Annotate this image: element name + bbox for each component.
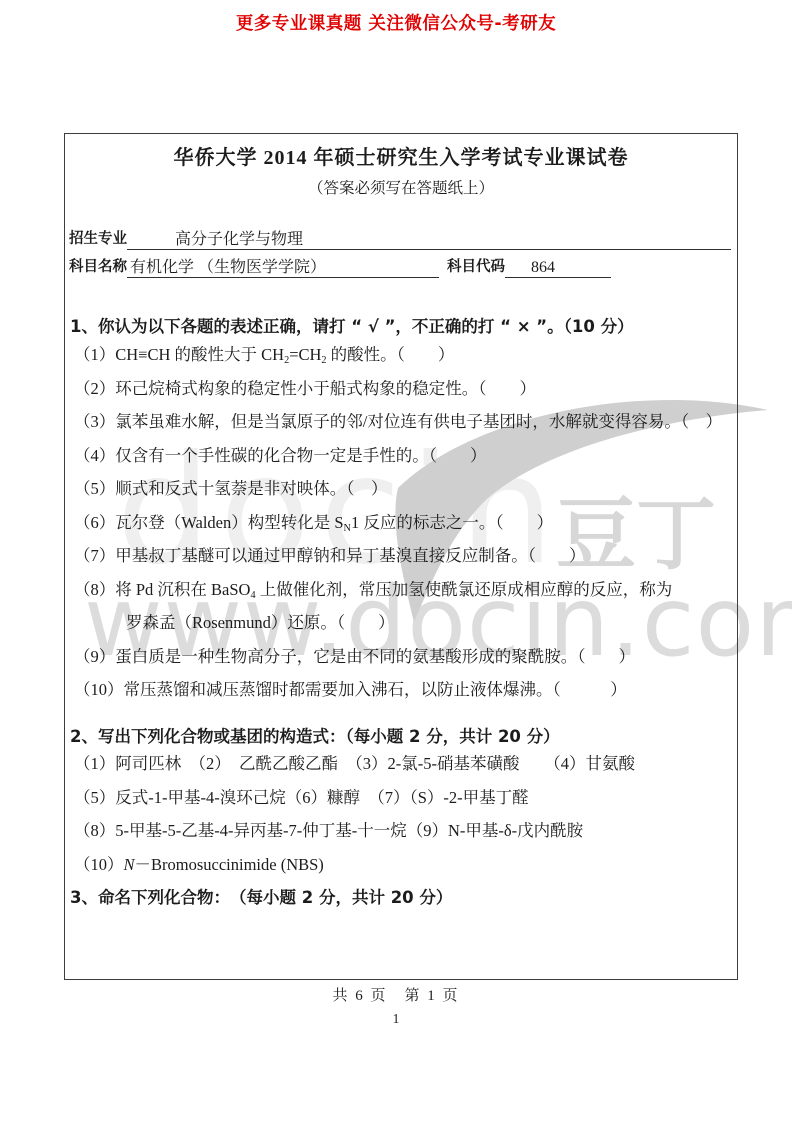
field-row-subject: 科目名称 有机化学 （生物医学学院） 科目代码 864 [69,250,731,278]
exam-sheet: 华侨大学 2014 年硕士研究生入学考试专业课试卷 （答案必须写在答题纸上） 招… [64,133,738,980]
q1-item-line: （4）仅含有一个手性碳的化合物一定是手性的。（ ） [74,439,735,473]
field-major-value: 高分子化学与物理 [127,226,731,250]
q1-item-line: （10）常压蒸馏和减压蒸馏时都需要加入沸石，以防止液体爆沸。（ ） [74,673,735,707]
q1-item-line: （1）CH≡CH 的酸性大于 CH2=CH2 的酸性。（ ） [74,338,735,372]
exam-title: 华侨大学 2014 年硕士研究生入学考试专业课试卷 [65,141,737,170]
text-part: （4）仅含有一个手性碳的化合物一定是手性的。（ ） [74,446,487,465]
q2-heading: 2、写出下列化合物或基团的构造式：（每小题 2 分，共计 20 分） [70,723,560,747]
page-count: 共 6 页 第 1 页 [0,984,792,1005]
promo-banner: 更多专业课真题 关注微信公众号-考研友 [0,10,792,35]
q1-item-line: （6）瓦尔登（Walden）构型转化是 SN1 反应的标志之一。（ ） [74,506,735,540]
q2-item-line: （8）5-甲基-5-乙基-4-异丙基-7-仲丁基-十一烷（9）N-甲基-δ-戊内… [74,814,735,848]
text-part: （7）甲基叔丁基醚可以通过甲醇钠和异丁基溴直接反应制备。（ ） [74,546,586,565]
text-part: （3）氯苯虽难水解，但是当氯原子的邻/对位连有供电子基团时，水解就变得容易。（ … [74,412,722,431]
field-subject-label: 科目名称 [69,255,127,278]
field-subject-value: 有机化学 （生物医学学院） [127,254,439,278]
text-part: （9）蛋白质是一种生物高分子，它是由不同的氨基酸形成的聚酰胺。（ ） [74,647,635,666]
q1-item-line: 罗森孟（Rosenmund）还原。（ ） [74,606,735,640]
q2-lines: （1）阿司匹林 （2） 乙酰乙酸乙酯 （3）2-氯-5-硝基苯磺酸 （4）甘氨酸… [74,747,735,881]
q1-item-line: （3）氯苯虽难水解，但是当氯原子的邻/对位连有供电子基团时，水解就变得容易。（ … [74,405,735,439]
field-row-major: 招生专业 高分子化学与物理 [69,222,731,250]
q1-item-line: （5）顺式和反式十氢萘是非对映体。（ ） [74,472,735,506]
q3-heading: 3、命名下列化合物： （每小题 2 分，共计 20 分） [70,884,452,908]
text-part: 1 反应的标志之一。（ ） [351,513,553,532]
q2-item-line: （10）N－Bromosuccinimide (NBS) [74,848,735,882]
q1-item-line: （7）甲基叔丁基醚可以通过甲醇钠和异丁基溴直接反应制备。（ ） [74,539,735,573]
text-part: （10） [74,855,124,874]
text-part: 罗森孟（Rosenmund）还原。（ ） [126,613,395,632]
q1-heading: 1、你认为以下各题的表述正确，请打 “ √ ”，不正确的打 “ × ”。（10 … [70,313,634,337]
text-part: （1）阿司匹林 （2） 乙酰乙酸乙酯 （3）2-氯-5-硝基苯磺酸 （4）甘氨酸 [74,754,635,773]
text-part: N [344,522,351,533]
q2-item-line: （5）反式-1-甲基-4-溴环己烷（6）糠醇 （7）（S）-2-甲基丁醛 [74,781,735,815]
text-part: =CH [289,345,321,364]
q1-item-line: （8）将 Pd 沉积在 BaSO4 上做催化剂，常压加氢使酰氯还原成相应醇的反应… [74,573,735,607]
text-part: （10）常压蒸馏和减压蒸馏时都需要加入沸石，以防止液体爆沸。（ ） [74,680,627,699]
text-part: N [124,855,135,874]
q1-item-line: （9）蛋白质是一种生物高分子，它是由不同的氨基酸形成的聚酰胺。（ ） [74,640,735,674]
q1-item-line: （2）环己烷椅式构象的稳定性小于船式构象的稳定性。（ ） [74,372,735,406]
text-part: （6）瓦尔登（Walden）构型转化是 S [74,513,344,532]
page-number: 1 [0,1011,792,1027]
q2-item-line: （1）阿司匹林 （2） 乙酰乙酸乙酯 （3）2-氯-5-硝基苯磺酸 （4）甘氨酸 [74,747,735,781]
text-part: （2）环己烷椅式构象的稳定性小于船式构象的稳定性。（ ） [74,379,536,398]
text-part: （1）CH≡CH 的酸性大于 CH [74,345,284,364]
text-part: （5）反式-1-甲基-4-溴环己烷（6）糠醇 （7）（S）-2-甲基丁醛 [74,788,529,807]
exam-subtitle: （答案必须写在答题纸上） [65,176,737,198]
field-code-value: 864 [505,259,611,278]
field-code-label: 科目代码 [447,255,505,278]
text-part: （5）顺式和反式十氢萘是非对映体。（ ） [74,479,388,498]
text-part: （8）5-甲基-5-乙基-4-异丙基-7-仲丁基-十一烷（9）N-甲基-δ-戊内… [74,821,583,840]
q1-items: （1）CH≡CH 的酸性大于 CH2=CH2 的酸性。（ ）（2）环己烷椅式构象… [74,338,735,707]
field-major-label: 招生专业 [69,227,127,250]
text-part: 的酸性。（ ） [327,345,455,364]
text-part: －Bromosuccinimide (NBS) [135,855,324,874]
text-part: （8）将 Pd 沉积在 BaSO [74,580,250,599]
text-part: 上做催化剂，常压加氢使酰氯还原成相应醇的反应，称为 [256,580,673,599]
